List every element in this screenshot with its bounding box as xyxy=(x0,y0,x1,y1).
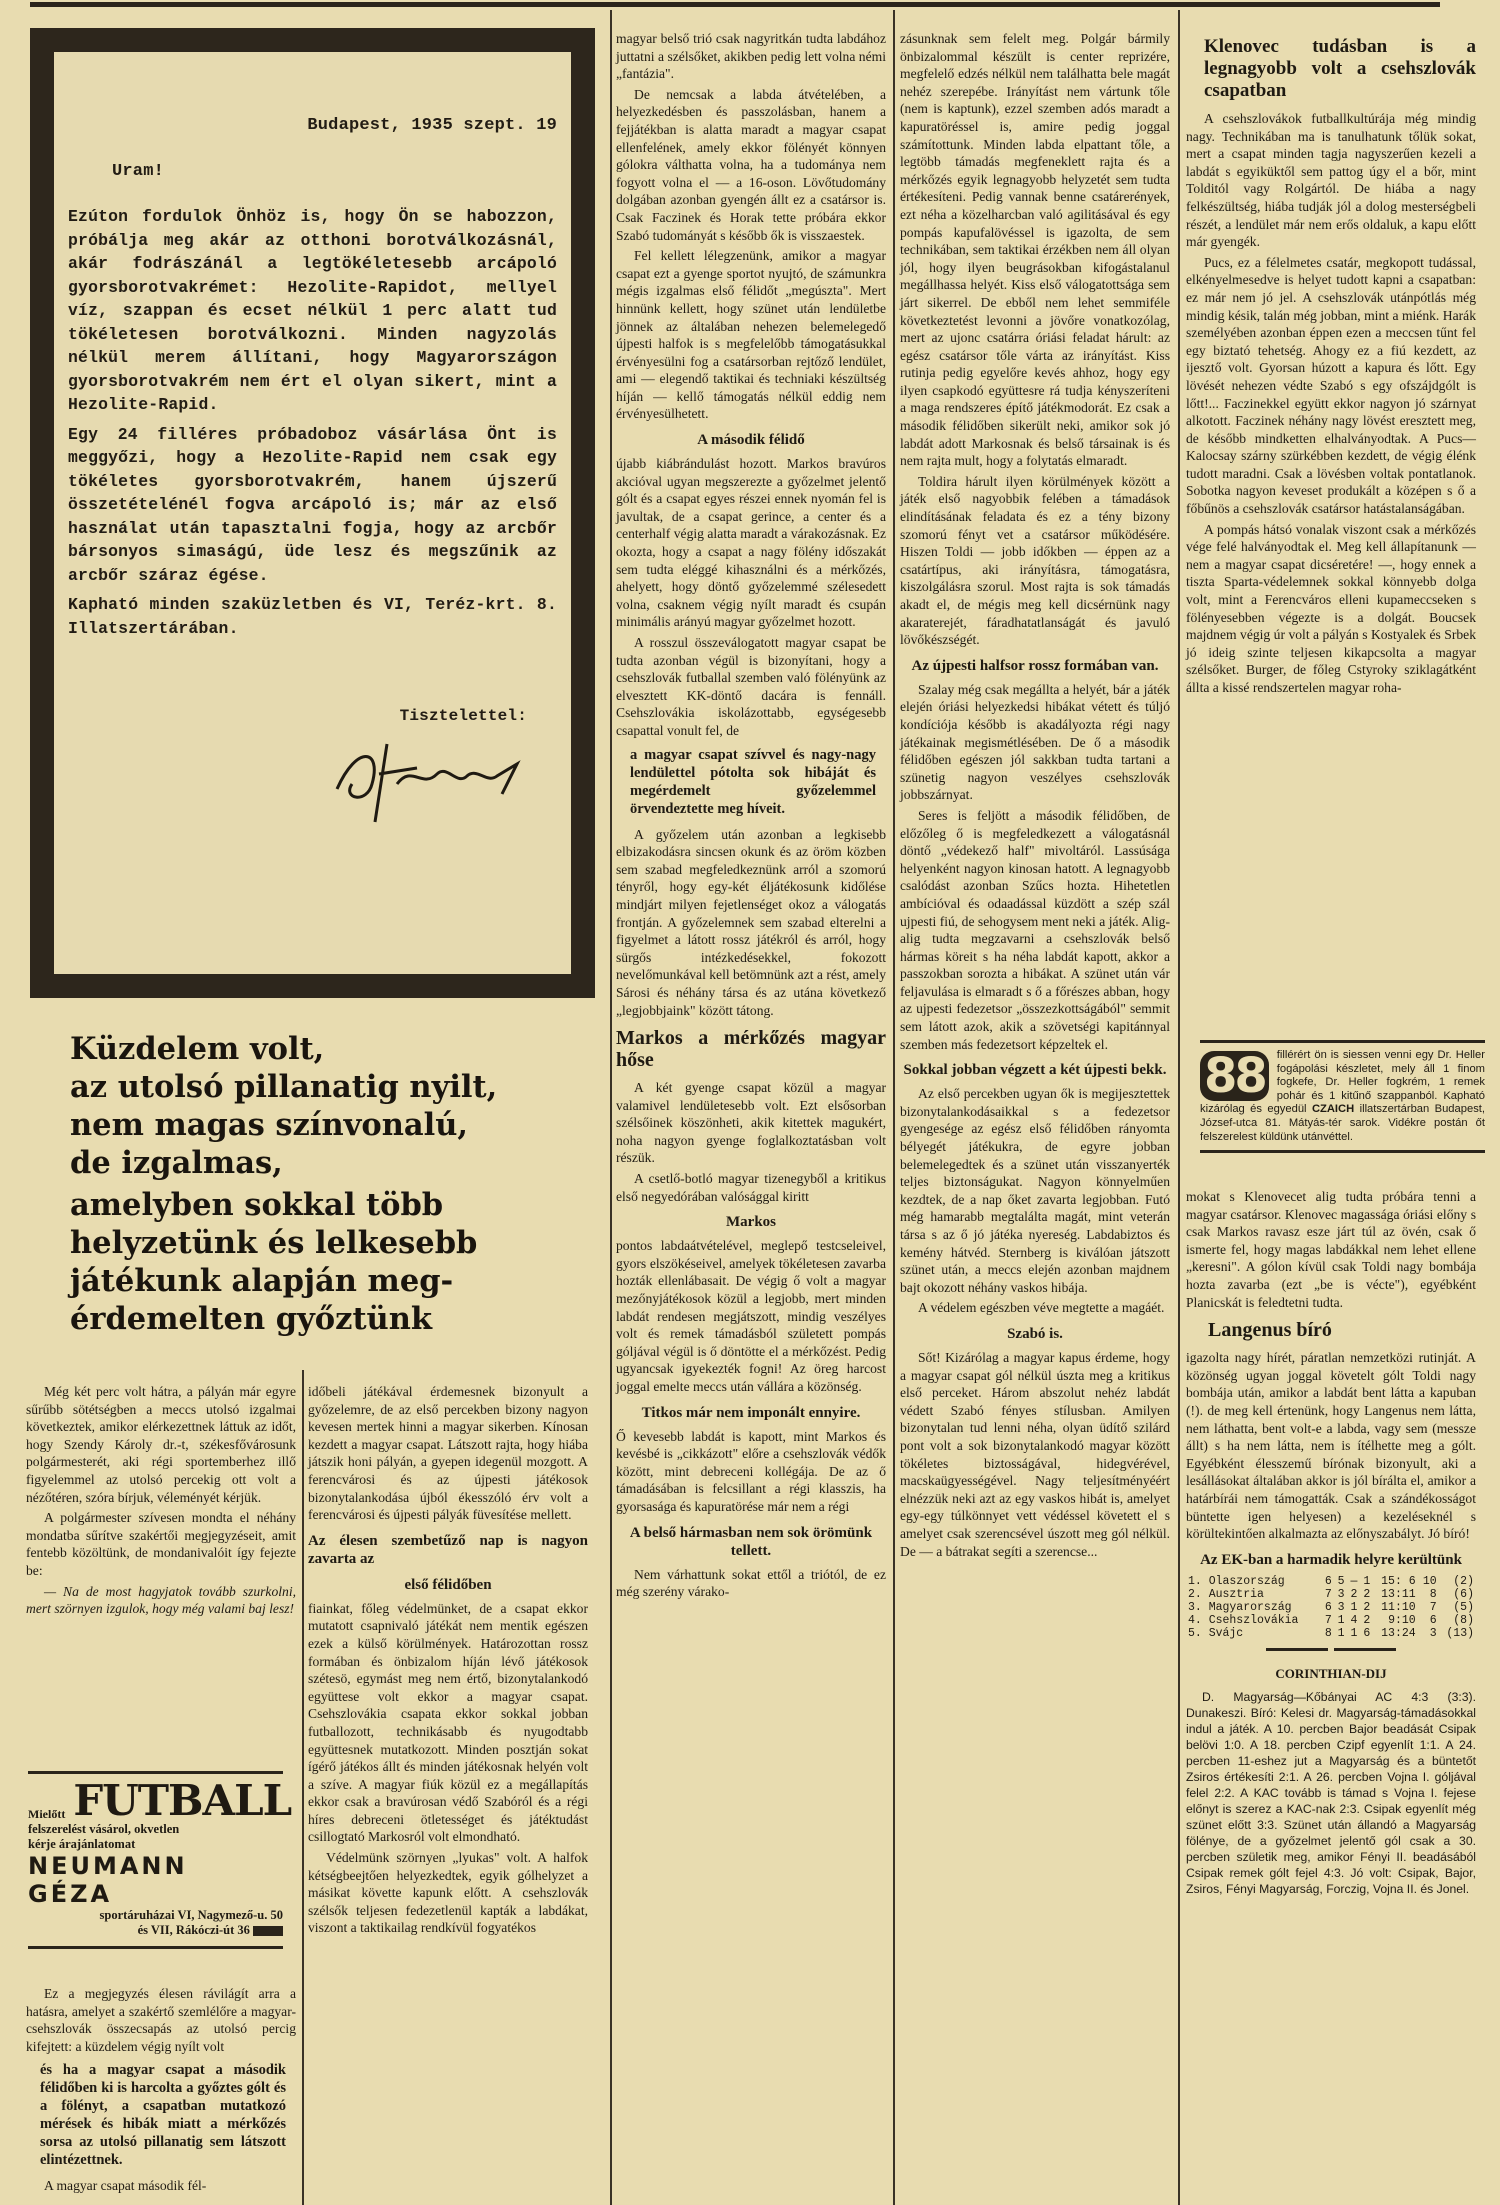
article-paragraph: újabb kiábrándulást hozott. Markos bravú… xyxy=(616,455,886,631)
article-paragraph: A pompás hátsó vonalak viszont csak a mé… xyxy=(1186,521,1476,697)
headline-line: de izgalmas, xyxy=(70,1144,570,1182)
subheading: Szabó is. xyxy=(900,1325,1170,1343)
divider xyxy=(1186,1648,1476,1651)
standings-row: 3. Magyarország631211:107(5) xyxy=(1186,1601,1476,1614)
subheading: Markos xyxy=(616,1213,886,1231)
article-emphasis: a magyar csapat szívvel és nagy-nagy len… xyxy=(630,746,876,818)
signature-scrawl-icon xyxy=(327,734,527,824)
article-paragraph: A polgármester szívesen mondta el néhány… xyxy=(26,1509,296,1579)
ad-address: sportáruházai VI, Nagymező-u. 50 xyxy=(28,1908,283,1923)
article-paragraph: Ő kevesebb labdát is kapott, mint Markos… xyxy=(616,1428,886,1516)
article-paragraph: magyar belső trió csak nagyritkán tudta … xyxy=(616,30,886,83)
column-divider xyxy=(610,10,612,2205)
subheading: Titkos már nem imponált ennyire. xyxy=(616,1404,886,1422)
letter-paragraph: Kapható minden szaküzletben és VI, Teréz… xyxy=(68,593,557,640)
main-headline: Küzdelem volt, az utolsó pillanatig nyil… xyxy=(70,1030,570,1338)
headline-line: Küzdelem volt, xyxy=(70,1030,570,1068)
ad-big-word: FUTBALL xyxy=(73,1780,291,1822)
ad-price-number: 88 xyxy=(1200,1051,1269,1101)
ad-company-name: NEUMANN GÉZA xyxy=(28,1852,283,1908)
headline-line: amelyben sokkal több xyxy=(70,1186,570,1224)
ad-line: kérje árajánlatomat xyxy=(28,1837,283,1852)
column-divider xyxy=(302,1370,304,2205)
subheading: Langenus bíró xyxy=(1208,1319,1476,1341)
article-paragraph: A védelem egészben véve megtette a magáé… xyxy=(900,1299,1170,1317)
standings-row: 4. Csehszlovákia71429:106(8) xyxy=(1186,1614,1476,1627)
article-paragraph: Seres is feljött a második félidőben, de… xyxy=(900,807,1170,1053)
article-paragraph: A csetlő-botló magyar tizenegyből a krit… xyxy=(616,1170,886,1205)
heller-advertisement: 88 fillérért ön is siessen venni egy Dr.… xyxy=(1200,1040,1485,1153)
article-emphasis: és ha a magyar csapat a második félidőbe… xyxy=(40,2061,286,2169)
standings-table: 1. Olaszország65—115: 610(2)2. Ausztria7… xyxy=(1186,1575,1476,1640)
headline-line: helyzetünk és lelkesebb xyxy=(70,1224,570,1262)
ad-brand: CZAICH xyxy=(1312,1103,1354,1115)
article-paragraph: A magyar csapat második fél- xyxy=(26,2177,296,2195)
advertisement-letter: Budapest, 1935 szept. 19 Uram! Ezúton fo… xyxy=(30,28,595,998)
futball-advertisement: Mielőtt FUTBALL felszerelést vásárol, ok… xyxy=(28,1771,283,1955)
article-paragraph: Toldira hárult ilyen körülmények között … xyxy=(900,473,1170,649)
article-paragraph: A két gyenge csapat közül a magyar valam… xyxy=(616,1079,886,1167)
standings-title: Az EK-ban a harmadik helyre kerültünk xyxy=(1186,1551,1476,1569)
article-paragraph: Fel kellett lélegzenünk, amikor a magyar… xyxy=(616,247,886,423)
subheading: Markos a mérkőzés magyar hőse xyxy=(616,1027,886,1071)
headline-line: az utolsó pillanatig nyilt, xyxy=(70,1068,570,1106)
standings-row: 5. Svájc811613:243(13) xyxy=(1186,1627,1476,1640)
headline-line: érdemelten győztünk xyxy=(70,1300,570,1338)
subheading: Az újpesti halfsor rossz formában van. xyxy=(900,657,1170,675)
subheading: CORINTHIAN-DIJ xyxy=(1186,1665,1476,1683)
top-rule xyxy=(30,2,1440,7)
article-column-5: Klenovec tudásban is a legnagyobb volt a… xyxy=(1186,28,1476,700)
article-paragraph: zásunknak sem felelt meg. Polgár bármily… xyxy=(900,30,1170,470)
letter-greeting: Uram! xyxy=(112,160,557,184)
article-paragraph: időbeli játékával érdemesnek bizonyult a… xyxy=(308,1383,588,1524)
decor-bar xyxy=(253,1926,283,1936)
article-column-5-cont: mokat s Klenovecet alig tudta próbára te… xyxy=(1186,1188,1476,1897)
subheading: Sokkal jobban végzett a két újpesti bekk… xyxy=(900,1061,1170,1079)
subheading: A belső hármasban nem sok örömünk tellet… xyxy=(616,1524,886,1560)
section-title: Klenovec tudásban is a legnagyobb volt a… xyxy=(1204,36,1476,102)
article-paragraph: Az első percekben ugyan ők is megijeszte… xyxy=(900,1085,1170,1296)
article-paragraph: Védelmünk szörnyen „lyukas" volt. A half… xyxy=(308,1849,588,1937)
article-paragraph: Szalay még csak megállta a helyét, bár a… xyxy=(900,681,1170,804)
article-column-1: Még két perc volt hátra, a pályán már eg… xyxy=(26,1383,296,1621)
ad-address: és VII, Rákóczi-út 36 xyxy=(138,1923,250,1937)
article-paragraph: Ez a megjegyzés élesen rávilágít arra a … xyxy=(26,1985,296,2055)
column-divider xyxy=(893,10,895,2205)
article-paragraph: Nem várhattunk sokat ettől a triótól, de… xyxy=(616,1566,886,1601)
article-paragraph: De nemcsak a labda átvételében, a helyez… xyxy=(616,86,886,244)
article-paragraph: Pucs, ez a félelmetes csatár, megkopott … xyxy=(1186,254,1476,518)
article-paragraph: fiainkat, főleg védelmünket, de a csapat… xyxy=(308,1600,588,1846)
letter-closing: Tisztelettel: xyxy=(327,705,527,729)
standings-row: 1. Olaszország65—115: 610(2) xyxy=(1186,1575,1476,1588)
article-paragraph: A rosszul összeválogatott magyar csapat … xyxy=(616,634,886,740)
article-paragraph: A csehszlovákok futballkultúrája még min… xyxy=(1186,110,1476,251)
article-column-4: zásunknak sem felelt meg. Polgár bármily… xyxy=(900,30,1170,1563)
ad-lead-word: Mielőtt xyxy=(28,1807,65,1822)
headline-line: nem magas színvonalú, xyxy=(70,1106,570,1144)
subheading: Az élesen szembetűző nap is nagyon zavar… xyxy=(308,1532,588,1568)
letter-date: Budapest, 1935 szept. 19 xyxy=(68,114,557,138)
headline-line: játékunk alapján meg- xyxy=(70,1262,570,1300)
subheading: A második félidő xyxy=(616,431,886,449)
article-paragraph: A győzelem után azonban a legkisebb elbi… xyxy=(616,826,886,1020)
letter-paragraph: Egy 24 filléres próbadoboz vásárlása Önt… xyxy=(68,423,557,588)
article-paragraph: Még két perc volt hátra, a pályán már eg… xyxy=(26,1383,296,1506)
match-report: D. Magyarság—Kőbányai AC 4:3 (3:3). Duna… xyxy=(1186,1689,1476,1897)
letter-paragraph: Ezúton fordulok Önhöz is, hogy Ön se hab… xyxy=(68,205,557,417)
article-column-1-cont: Ez a megjegyzés élesen rávilágít arra a … xyxy=(26,1985,296,2198)
letter-signature-block: Tisztelettel: xyxy=(327,705,527,825)
article-column-2: időbeli játékával érdemesnek bizonyult a… xyxy=(308,1383,588,1940)
article-quote: — Na de most hagyjatok tovább szurkolni,… xyxy=(26,1583,296,1618)
standings-row: 2. Ausztria732213:118(6) xyxy=(1186,1588,1476,1601)
article-column-3: magyar belső trió csak nagyritkán tudta … xyxy=(616,30,886,1604)
article-paragraph: Sőt! Kizárólag a magyar kapus érdeme, ho… xyxy=(900,1349,1170,1560)
article-paragraph: mokat s Klenovecet alig tudta próbára te… xyxy=(1186,1188,1476,1311)
article-paragraph: pontos labdaátvételével, meglepő testcse… xyxy=(616,1237,886,1395)
article-paragraph: igazolta nagy hírét, páratlan nemzetközi… xyxy=(1186,1349,1476,1543)
subheading: első félidőben xyxy=(308,1576,588,1594)
column-divider xyxy=(1178,10,1180,2205)
